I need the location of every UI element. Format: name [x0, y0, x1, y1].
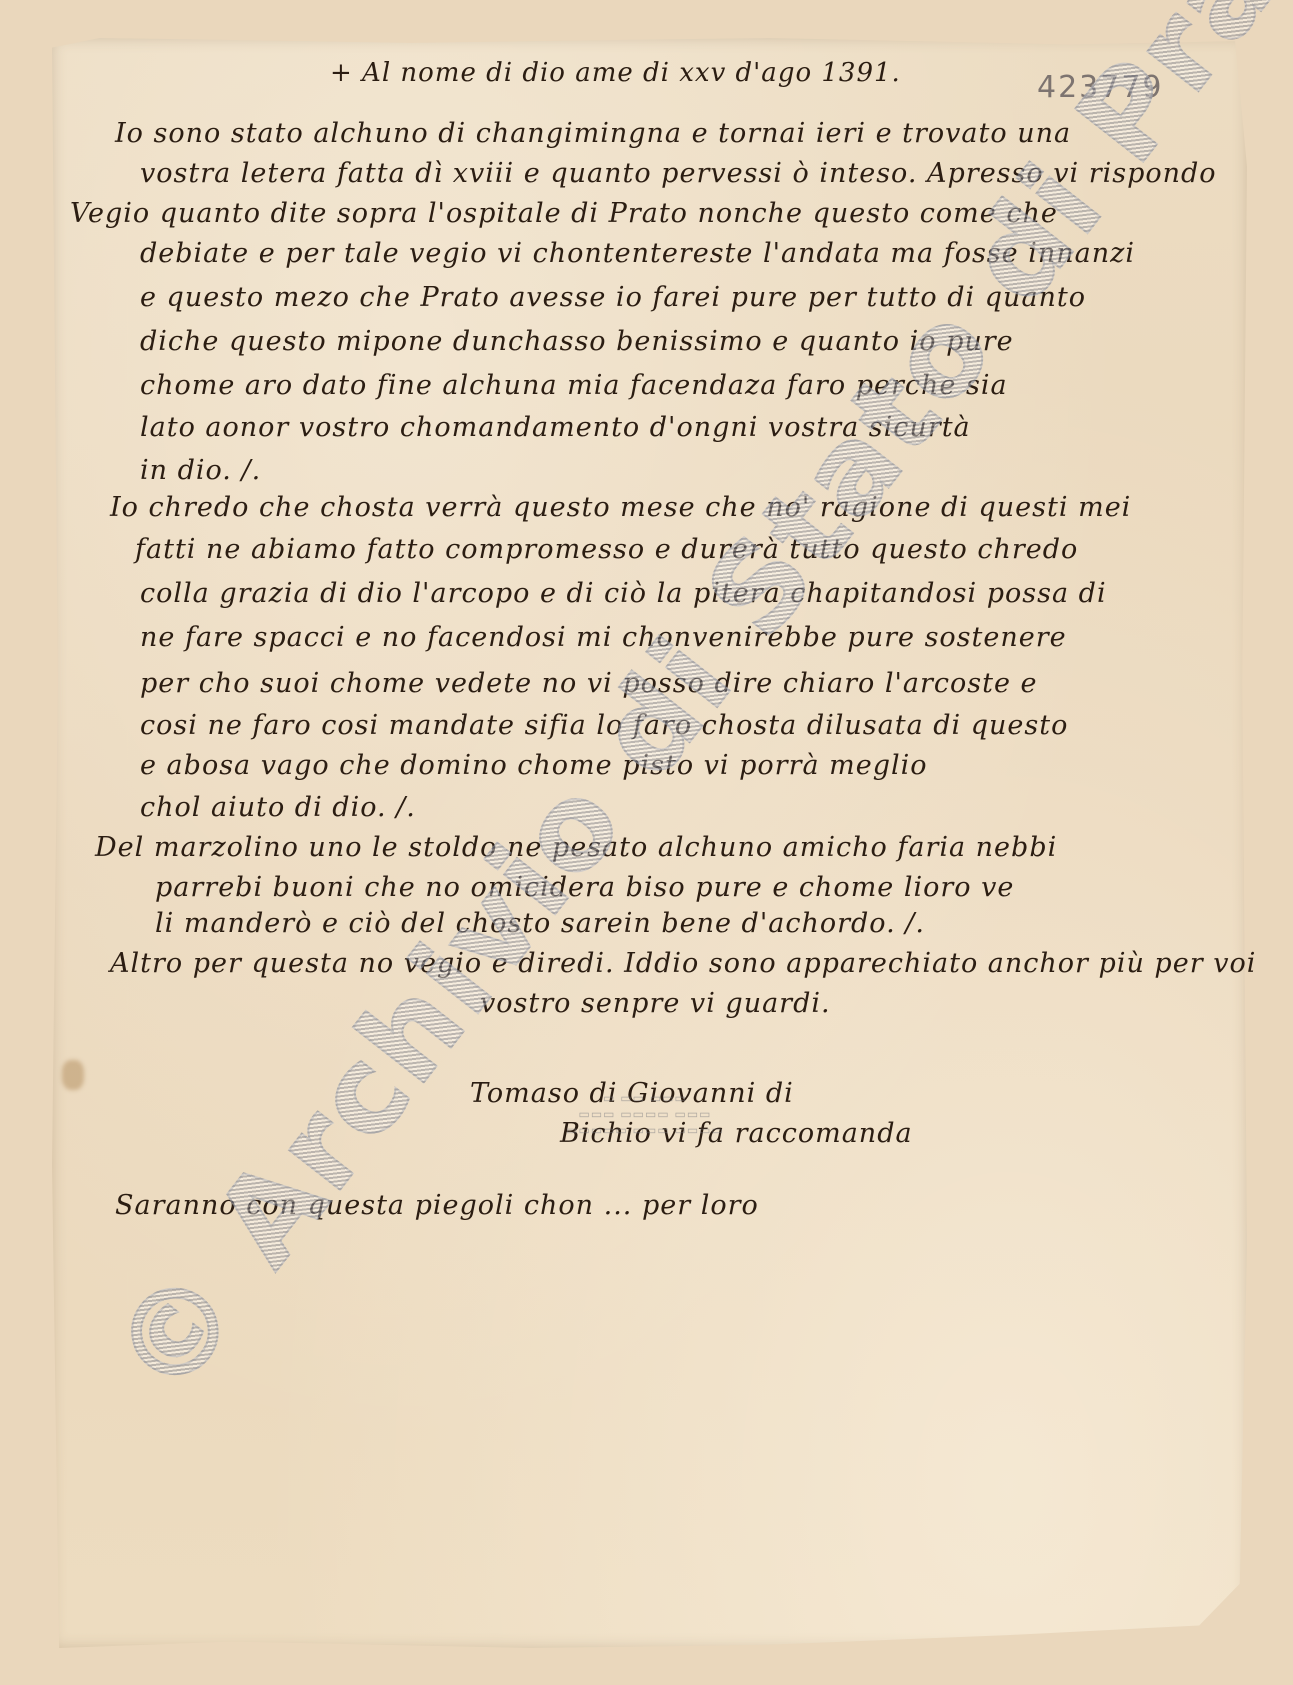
letter-heading: + Al nome di dio ame di xxv d'ago 1391. — [330, 58, 901, 88]
letter-line-9: in dio. /. — [140, 455, 261, 486]
letter-closing: vostro senpre vi guardi. — [480, 988, 831, 1019]
letter-line-21: Altro per questa no vegio e diredi. Iddi… — [110, 948, 1256, 979]
letter-line-10: Io chredo che chosta verrà questo mese c… — [110, 492, 1131, 523]
paper-stain — [62, 1060, 84, 1090]
letter-line-3: Vegio quanto dite sopra l'ospitale di Pr… — [70, 198, 1058, 229]
letter-line-12: colla grazia di dio l'arcopo e di ciò la… — [140, 578, 1107, 609]
letter-line-13: ne fare spacci e no facendosi mi chonven… — [140, 622, 1067, 653]
letter-line-11: fatti ne abiamo fatto compromesso e dure… — [135, 534, 1078, 565]
letter-line-17: chol aiuto di dio. /. — [140, 792, 416, 823]
letter-line-1: Io sono stato alchuno di changimingna e … — [115, 118, 1071, 149]
archive-stamp: ▭ ▭▭ ▭▭▭▭▭▭ ▭▭▭▭ ▭▭▭▭▭▭▭▭ ▭▭▭ ▭▭▭▭ — [495, 1090, 795, 1138]
